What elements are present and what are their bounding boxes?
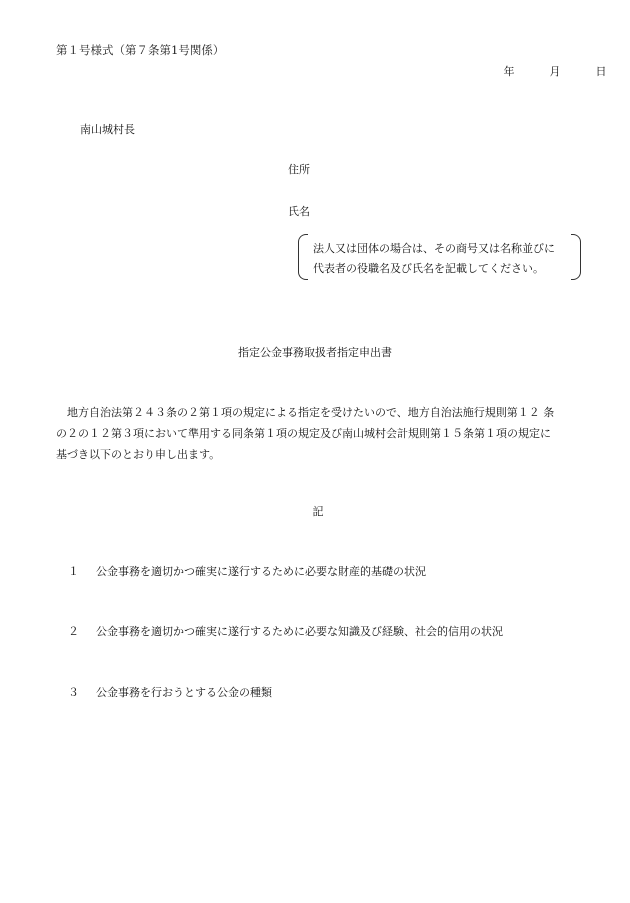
body-line: 基づき以下のとおり申し出ます。 [56, 444, 584, 465]
date-day-label: 日 [596, 63, 607, 79]
note-line: 代表者の役職名及び氏名を記載してください。 [313, 259, 555, 279]
document-title: 指定公金事務取扱者指定申出書 [0, 344, 630, 360]
body-line: の２の１２第３項において準用する同条第１項の規定及び南山城村会計規則第１５条第１… [56, 423, 584, 444]
item-number: １ [68, 563, 96, 579]
right-bracket [571, 234, 581, 280]
list-item: ３公金事務を行おうとする公金の種類 [68, 684, 272, 700]
form-number: 第１号様式（第７条第1号関係） [56, 42, 224, 58]
date-year-label: 年 [504, 63, 515, 79]
addressee: 南山城村長 [80, 123, 135, 137]
address-label: 住所 [288, 163, 310, 177]
note-line: 法人又は団体の場合は、その商号又は名称並びに [313, 239, 555, 259]
item-text: 公金事務を適切かつ確実に遂行するために必要な知識及び経験、社会的信用の状況 [96, 625, 503, 638]
body-line: 地方自治法第２４３条の２第１項の規定による指定を受けたいので、地方自治法施行規則… [56, 402, 584, 423]
item-number: ２ [68, 623, 96, 639]
item-number: ３ [68, 684, 96, 700]
date-month-label: 月 [550, 63, 561, 79]
name-label: 氏名 [288, 205, 310, 219]
list-item: １公金事務を適切かつ確実に遂行するために必要な財産的基礎の状況 [68, 563, 426, 579]
ki-heading: 記 [0, 503, 630, 519]
left-bracket [298, 234, 308, 280]
date-line: 年 月 日 [500, 63, 607, 79]
list-item: ２公金事務を適切かつ確実に遂行するために必要な知識及び経験、社会的信用の状況 [68, 623, 503, 639]
item-text: 公金事務を適切かつ確実に遂行するために必要な財産的基礎の状況 [96, 565, 426, 578]
body-paragraph: 地方自治法第２４３条の２第１項の規定による指定を受けたいので、地方自治法施行規則… [56, 402, 584, 465]
item-text: 公金事務を行おうとする公金の種類 [96, 686, 272, 699]
applicant-note: 法人又は団体の場合は、その商号又は名称並びに 代表者の役職名及び氏名を記載してく… [298, 234, 581, 281]
